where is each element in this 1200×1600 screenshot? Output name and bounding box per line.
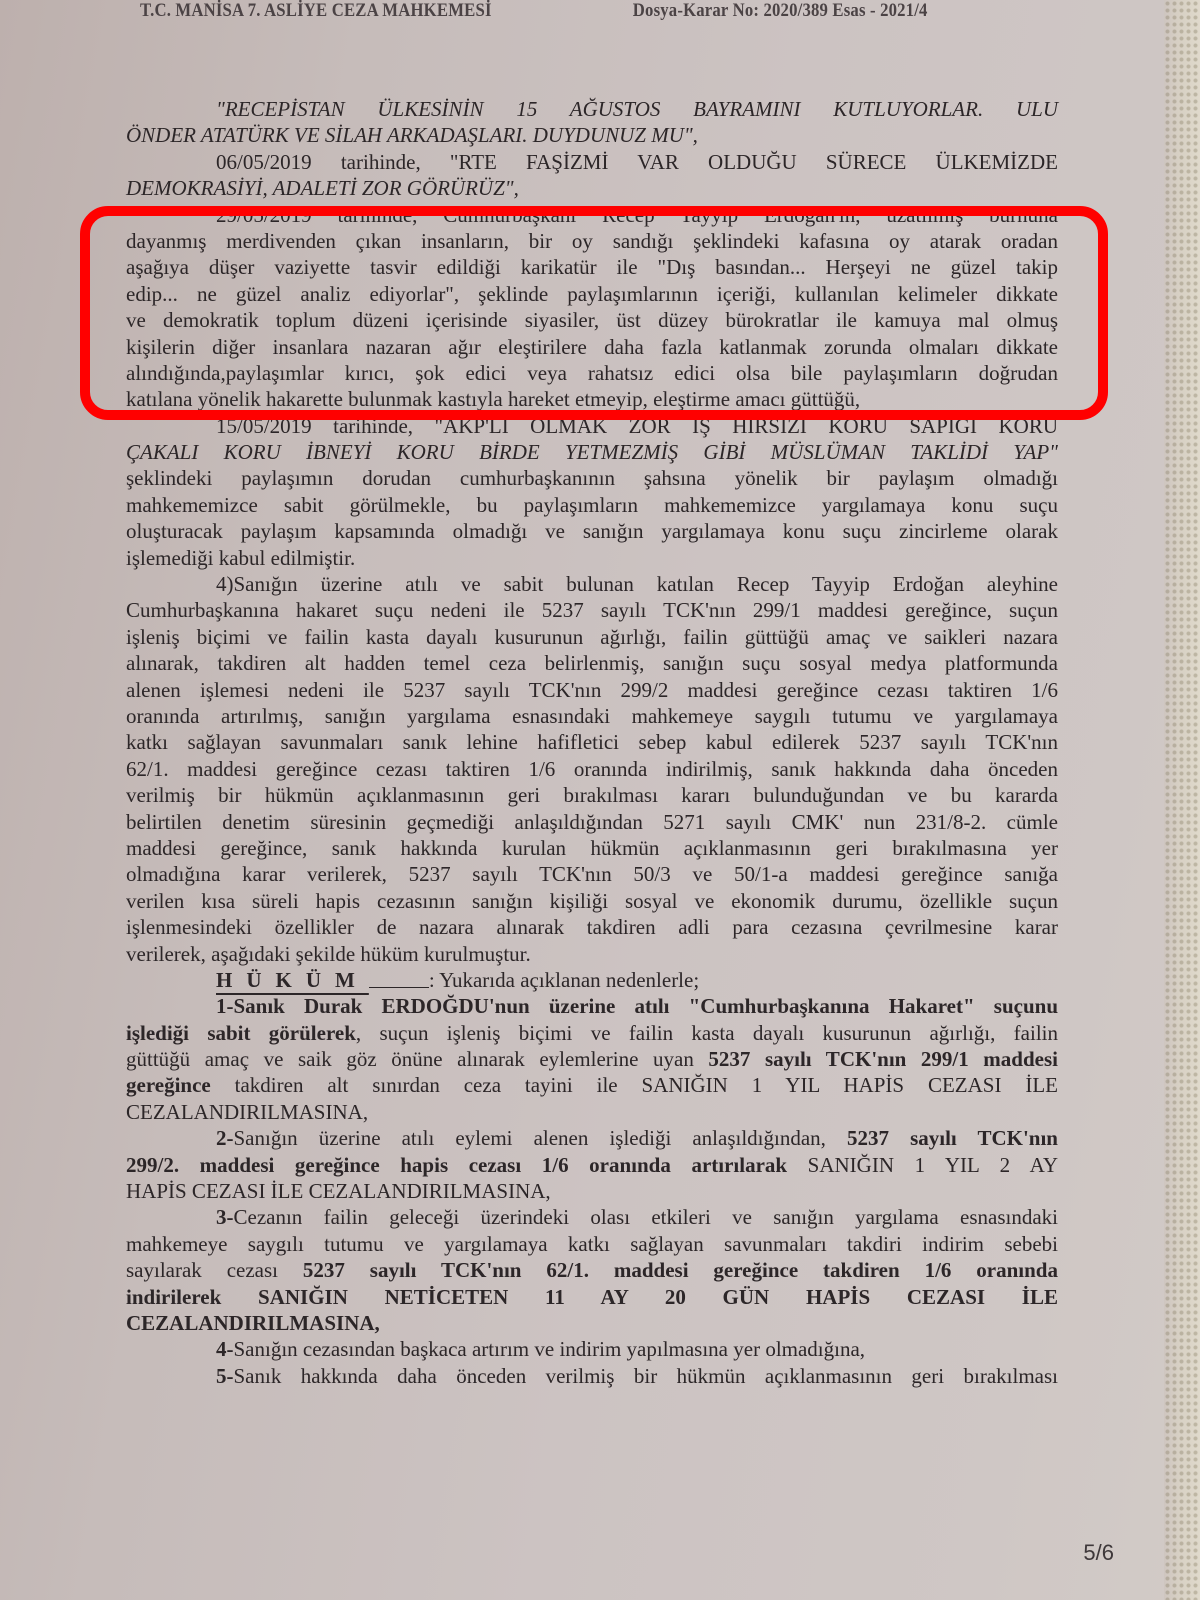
verdict-heading-line: HÜKÜM: Yukarıda açıklanan nedenlerle; xyxy=(126,967,1058,993)
verdict-text: CEZALANDIRILMASINA, xyxy=(126,1100,368,1124)
text-line: alenen işlemesi nedeni ile 5237 sayılı T… xyxy=(126,677,1058,703)
verdict-heading-suffix: : Yukarıda açıklanan nedenlerle; xyxy=(429,968,699,992)
text-line: mahkememizce sabit görülmekle, bu paylaş… xyxy=(126,492,1058,518)
verdict-text: HAPİS CEZASI İLE CEZALANDIRILMASINA, xyxy=(126,1179,551,1203)
paper-edge xyxy=(1164,0,1200,1600)
verdict-line: 3-Cezanın failin geleceği üzerindeki ola… xyxy=(126,1204,1058,1230)
text-line: "RECEPİSTAN ÜLKESİNİN 15 AĞUSTOS BAYRAMI… xyxy=(126,96,1058,122)
verdict-text: işlediği sabit görülerek xyxy=(126,1021,356,1045)
verdict-text: SANIĞIN 1 YIL 2 AY xyxy=(787,1153,1058,1177)
verdict-text: 5237 sayılı TCK'nın 299/1 maddesi xyxy=(708,1047,1058,1071)
verdict-text: gereğince xyxy=(126,1073,211,1097)
text-line: işlemediği kabul edilmiştir. xyxy=(126,545,1058,571)
text-line: maddesi gereğince, sanık hakkında kurula… xyxy=(126,835,1058,861)
text-line: 4)Sanığın üzerine atılı ve sabit bulunan… xyxy=(126,571,1058,597)
verdict-text: 2- xyxy=(216,1126,234,1150)
verdict-text: sayılarak cezası xyxy=(126,1258,303,1282)
verdict-text: 4- xyxy=(216,1337,234,1361)
text-line: Cumhurbaşkanına hakaret suçu nedeni ile … xyxy=(126,597,1058,623)
verdict-text: , suçun işleniş biçimi ve failin kasta d… xyxy=(356,1021,1058,1045)
verdict-text: CEZALANDIRILMASINA, xyxy=(126,1311,380,1335)
verdict-text: takdiren alt sınırdan ceza tayini ile SA… xyxy=(211,1073,1058,1097)
text-line: 06/05/2019 tarihinde, "RTE FAŞİZMİ VAR O… xyxy=(126,149,1058,175)
verdict-text: 5237 sayılı TCK'nın xyxy=(847,1126,1058,1150)
text-line: oranında artırılmış, sanığın yargılama e… xyxy=(126,703,1058,729)
text-line: belirtilen denetim süresinin geçmediği a… xyxy=(126,809,1058,835)
text-line: katkı sağlayan savunmaları sanık lehine … xyxy=(126,729,1058,755)
verdict-line: gereğince takdiren alt sınırdan ceza tay… xyxy=(126,1072,1058,1098)
verdict-line: CEZALANDIRILMASINA, xyxy=(126,1099,1058,1125)
verdict-line: mahkemeye saygılı tutumu ve yargılamaya … xyxy=(126,1231,1058,1257)
verdict-line: 4-Sanığın cezasından başkaca artırım ve … xyxy=(126,1336,1058,1362)
verdict-line: HAPİS CEZASI İLE CEZALANDIRILMASINA, xyxy=(126,1178,1058,1204)
verdict-text: Sanığın cezasından başkaca artırım ve in… xyxy=(234,1337,866,1361)
text-line: verilerek, aşağıdaki şekilde hüküm kurul… xyxy=(126,941,1058,967)
verdict-text: güttüğü amaç ve saik göz önüne alınarak … xyxy=(126,1047,708,1071)
text-line: ÖNDER ATATÜRK VE SİLAH ARKADAŞLARI. DUYD… xyxy=(126,122,1058,148)
verdict-line: güttüğü amaç ve saik göz önüne alınarak … xyxy=(126,1046,1058,1072)
verdict-line: 2-Sanığın üzerine atılı eylemi alenen iş… xyxy=(126,1125,1058,1151)
text-line: ÇAKALI KORU İBNEYİ KORU BİRDE YETMEZMİŞ … xyxy=(126,439,1058,465)
text-line: işlenmesindeki özellikler de nazara alın… xyxy=(126,914,1058,940)
verdict-text: 299/2. maddesi gereğince hapis cezası 1/… xyxy=(126,1153,787,1177)
verdict-text: 5- xyxy=(216,1364,234,1388)
verdict-text: Sanığın üzerine atılı eylemi alenen işle… xyxy=(234,1126,848,1150)
text-line: verilen kısa süreli hapis cezasının sanı… xyxy=(126,888,1058,914)
verdict-text: 5237 sayılı TCK'nın 62/1. maddesi gereği… xyxy=(303,1258,1058,1282)
verdict-line: 5-Sanık hakkında daha önceden verilmiş b… xyxy=(126,1363,1058,1389)
verdict-items: 1-Sanık Durak ERDOĞDU'nun üzerine atılı … xyxy=(126,993,1058,1389)
verdict-text: Sanık hakkında daha önceden verilmiş bir… xyxy=(234,1364,1059,1388)
text-line: 62/1. maddesi gereğince cezası taktiren … xyxy=(126,756,1058,782)
verdict-text: Cezanın failin geleceği üzerindeki olası… xyxy=(234,1205,1059,1229)
document-header: T.C. MANİSA 7. ASLİYE CEZA MAHKEMESİ Dos… xyxy=(140,0,967,30)
text-line: şeklindeki paylaşımın dorudan cumhurbaşk… xyxy=(126,465,1058,491)
verdict-line: 299/2. maddesi gereğince hapis cezası 1/… xyxy=(126,1152,1058,1178)
verdict-text: indirilerek SANIĞIN NETİCETEN 11 AY 20 G… xyxy=(126,1285,1058,1309)
verdict-line: sayılarak cezası 5237 sayılı TCK'nın 62/… xyxy=(126,1257,1058,1283)
verdict-line: işlediği sabit görülerek, suçun işleniş … xyxy=(126,1020,1058,1046)
court-name: T.C. MANİSA 7. ASLİYE CEZA MAHKEMESİ xyxy=(140,0,492,22)
verdict-line: CEZALANDIRILMASINA, xyxy=(126,1310,1058,1336)
verdict-line: 1-Sanık Durak ERDOĞDU'nun üzerine atılı … xyxy=(126,993,1058,1019)
text-line: işleniş biçimi ve failin kasta dayalı ku… xyxy=(126,624,1058,650)
case-number: Dosya-Karar No: 2020/389 Esas - 2021/4 xyxy=(633,0,928,22)
verdict-heading: HÜKÜM xyxy=(216,968,369,992)
verdict-line: indirilerek SANIĞIN NETİCETEN 11 AY 20 G… xyxy=(126,1284,1058,1310)
verdict-text: mahkemeye saygılı tutumu ve yargılamaya … xyxy=(126,1232,1058,1256)
text-line: DEMOKRASİYİ, ADALETİ ZOR GÖRÜRÜZ", xyxy=(126,175,1058,201)
page-number: 5/6 xyxy=(1083,1540,1114,1566)
text-line: oluşturacak paylaşım kapsamında olmadığı… xyxy=(126,518,1058,544)
text-line: alınarak, takdiren alt hadden temel ceza… xyxy=(126,650,1058,676)
red-highlight-box xyxy=(80,206,1108,420)
verdict-text: 1-Sanık Durak ERDOĞDU'nun üzerine atılı … xyxy=(216,994,1058,1018)
text-line: verilmiş bir hükmün açıklanmasının geri … xyxy=(126,782,1058,808)
verdict-text: 3- xyxy=(216,1205,234,1229)
text-line: olmadığına karar verilerek, 5237 sayılı … xyxy=(126,861,1058,887)
